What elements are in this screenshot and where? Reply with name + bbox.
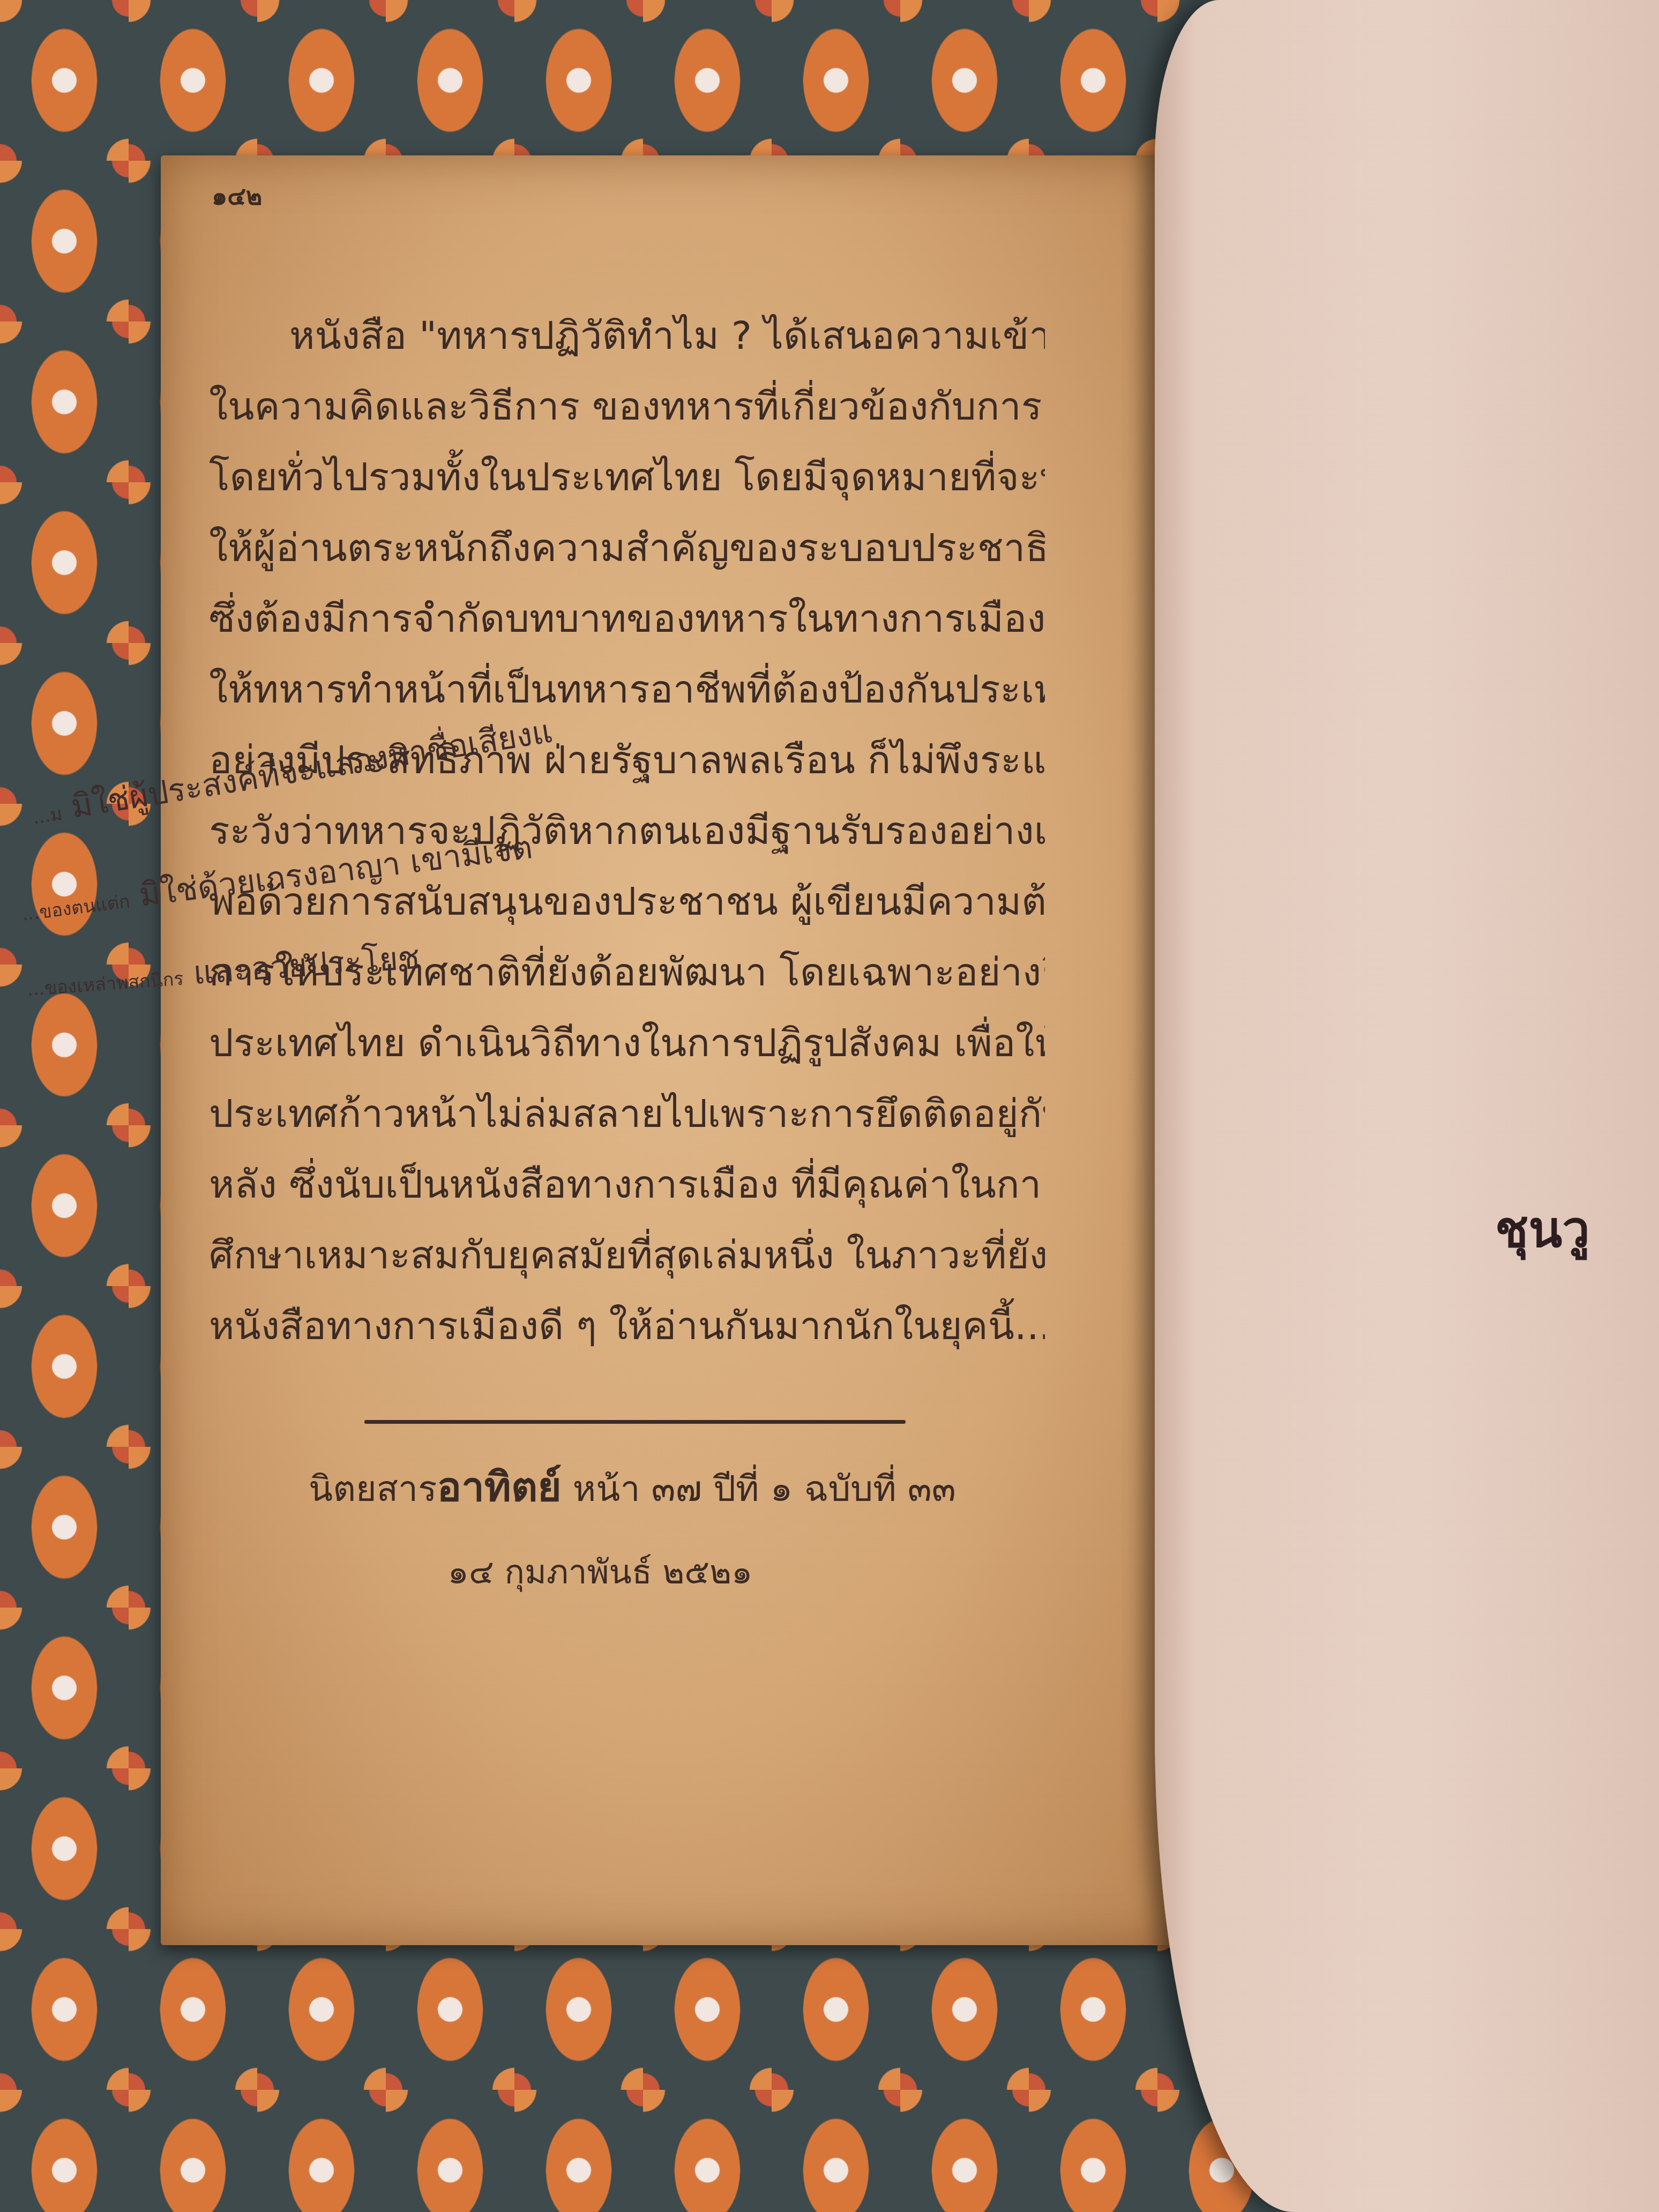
paragraph-line: หนังสือทางการเมืองดี ๆ ให้อ่านกันมากนักใ… [209,1290,1045,1361]
citation-line: นิตยสารอาทิตย์ หน้า ๓๗ ปีที่ ๑ ฉบับที่ ๓… [225,1455,1040,1519]
right-curled-page [1155,0,1659,2212]
page-number: ๑๔๒ [212,177,262,216]
divider-rule [364,1420,906,1424]
paragraph-line: ซึ่งต้องมีการจำกัดบทบาทของทหารในทางการเม… [209,583,1045,654]
paragraph-line: หนังสือ "ทหารปฏิวัติทำไม ? ได้เสนอความเข… [209,300,1045,371]
magazine-name: อาทิตย์ [437,1463,562,1511]
paragraph-line: ประเทศก้าวหน้าไม่ล่มสลายไปเพราะการยึดติด… [209,1078,1045,1149]
citation-date: ๑๔ กุมภาพันธ์ ๒๕๒๑ [225,1546,975,1598]
review-paragraph: หนังสือ "ทหารปฏิวัติทำไม ? ได้เสนอความเข… [209,300,1045,1361]
paragraph-line: ศึกษาเหมาะสมกับยุคสมัยที่สุดเล่มหนึ่ง ใน… [209,1220,1045,1290]
citation-prefix: นิตยสาร [309,1468,437,1509]
paragraph-line: ประเทศไทย ดำเนินวิถีทางในการปฏิรูปสังคม … [209,1007,1045,1078]
citation-details: หน้า ๓๗ ปีที่ ๑ ฉบับที่ ๓๓ [573,1468,956,1509]
paragraph-line: ให้ทหารทำหน้าที่เป็นทหารอาชีพที่ต้องป้อง… [209,654,1045,724]
paragraph-line: โดยทั่วไปรวมทั้งในประเทศไทย โดยมีจุดหมาย… [209,442,1045,512]
paragraph-line: ในความคิดและวิธีการ ของทหารที่เกี่ยวข้อง… [209,371,1045,442]
paragraph-line: หลัง ซึ่งนับเป็นหนังสือทางการเมือง ที่มี… [209,1149,1045,1220]
author-name: ชุนวู [1495,1190,1590,1268]
paragraph-line: ให้ผู้อ่านตระหนักถึงความสำคัญของระบอบประ… [209,512,1045,583]
